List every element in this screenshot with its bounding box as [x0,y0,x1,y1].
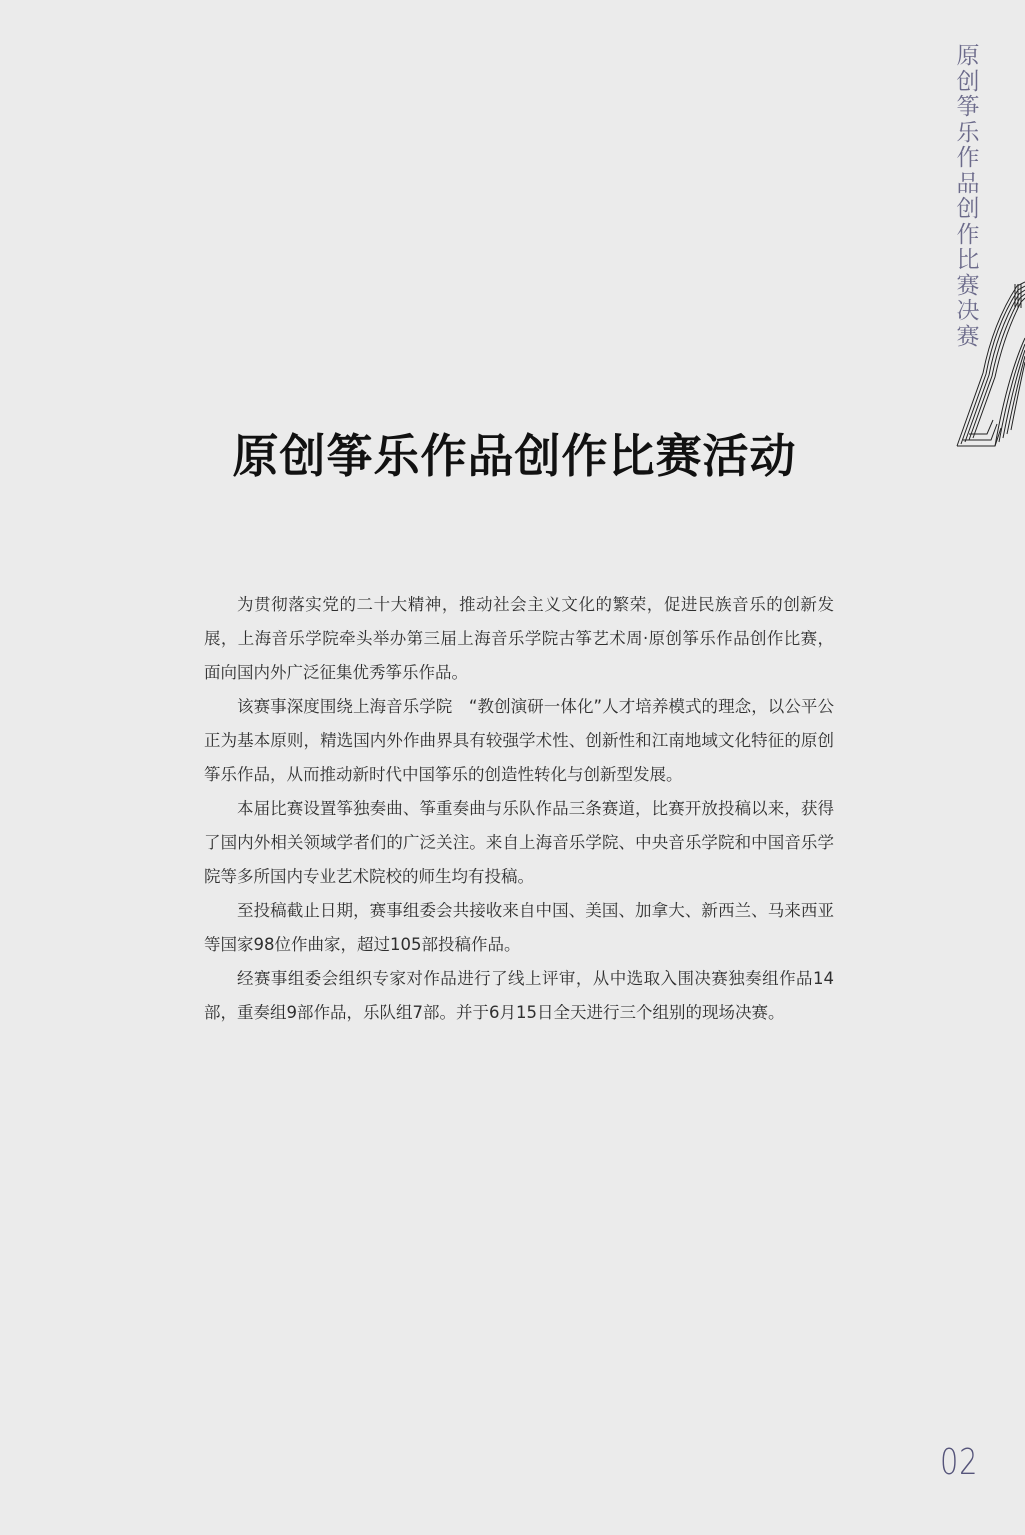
page-title: 原创筝乐作品创作比赛活动 [0,420,1025,486]
title-char: 筝 [953,95,983,121]
paragraph: 该赛事深度围绕上海音乐学院 “教创演研一体化”人才培养模式的理念，以公平公正为基… [204,690,834,792]
article-body: 为贯彻落实党的二十大精神，推动社会主义文化的繁荣，促进民族音乐的创新发展，上海音… [204,588,834,1030]
title-char: 创 [953,197,983,223]
paragraph: 经赛事组委会组织专家对作品进行了线上评审，从中选取入围决赛独奏组作品14部，重奏… [204,962,834,1030]
title-char: 原 [953,44,983,70]
title-char: 创 [953,70,983,96]
paragraph: 本届比赛设置筝独奏曲、筝重奏曲与乐队作品三条赛道，比赛开放投稿以来，获得了国内外… [204,792,834,894]
title-char: 作 [953,146,983,172]
title-char: 比 [953,248,983,274]
title-char: 作 [953,223,983,249]
title-char: 品 [953,172,983,198]
paragraph: 为贯彻落实党的二十大精神，推动社会主义文化的繁荣，促进民族音乐的创新发展，上海音… [204,588,834,690]
page-number: 02 [940,1442,978,1483]
paragraph: 至投稿截止日期，赛事组委会共接收来自中国、美国、加拿大、新西兰、马来西亚等国家9… [204,894,834,962]
title-char: 乐 [953,121,983,147]
